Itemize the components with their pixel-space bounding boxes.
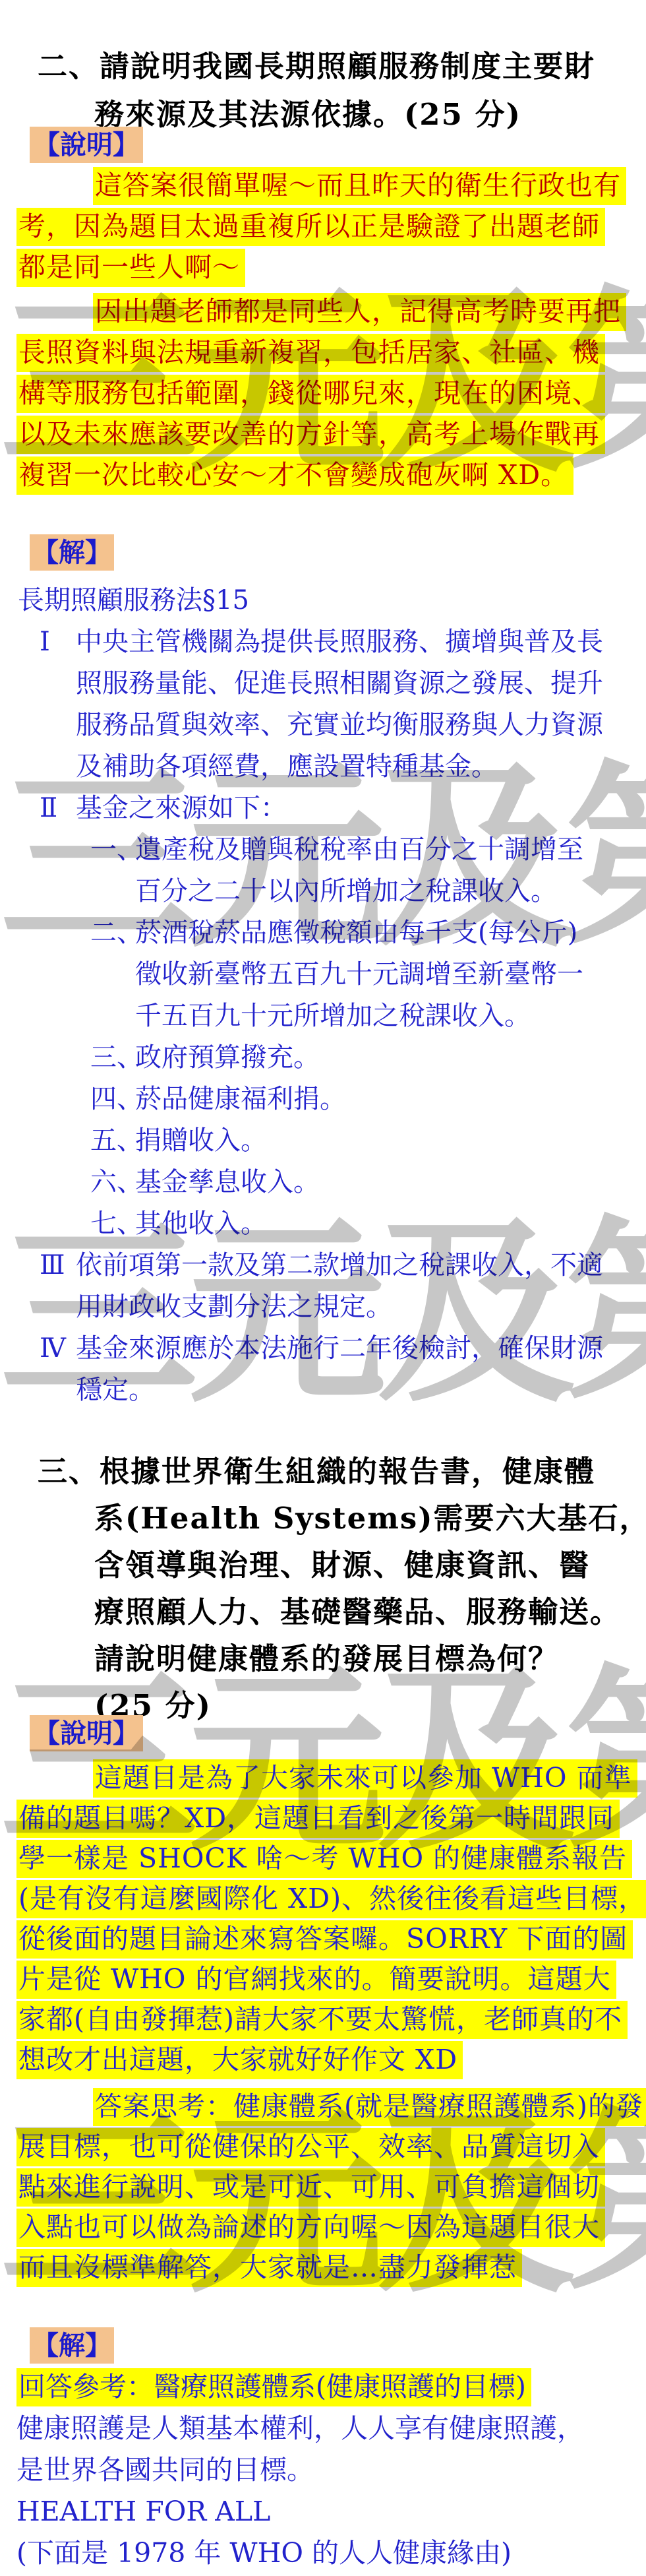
solution-label: 【解】 [30,2327,114,2364]
statute-line: 及補助各項經費，應設置特種基金。 [0,746,646,788]
commentary-line: 因出題老師都是同些人，記得高考時要再把 [16,291,636,332]
question-3-title-line: 請說明健康體系的發展目標為何？ [38,1635,631,1682]
commentary-line: 想改才出這題，大家就好好作文 XD [16,2040,636,2080]
statute-line: 服務品質與效率、充實並均衡服務與人力資源 [0,705,646,746]
statute-line: Ⅲ依前項第一款及第二款增加之稅課收入，不適 [0,1245,646,1286]
commentary-line: 考，因為題目太過重複所以正是驗證了出題老師 [16,206,636,247]
answer-line: 健康照護是人類基本權利，人人享有健康照護， [16,2408,636,2449]
commentary-line: 以及未來應該要改善的方針等，高考上場作戰再 [16,414,636,455]
statute-line: 百分之二十以內所增加之稅課收入。 [0,871,646,912]
statute-list-item: 三、政府預算撥充。 [0,1037,646,1079]
question-2-answer: 長期照顧服務法§15 Ⅰ中央主管機關為提供長照服務、擴增與普及長 照服務量能、促… [0,580,646,1411]
question-2-commentary: 這答案很簡單喔～而且昨天的衛生行政也有 考，因為題目太過重複所以正是驗證了出題老… [16,165,636,495]
statute-list-item: 一、遺產稅及贈與稅稅率由百分之十調增至 [0,829,646,871]
answer-line: HEALTH FOR ALL [16,2491,636,2532]
question-2-title-line: 二、請說明我國長期照顧服務制度主要財 [38,42,631,90]
commentary-line: 複習一次比較心安～才不會變成砲灰啊 XD。 [16,455,636,495]
answer-line: (下面是 1978 年 WHO 的人人健康緣由) [16,2532,636,2574]
statute-line: Ⅰ中央主管機關為提供長照服務、擴增與普及長 [0,621,646,663]
commentary-line: 都是同一些人啊～ [16,247,636,288]
commentary-line: 這答案很簡單喔～而且昨天的衛生行政也有 [16,165,636,206]
commentary-line: 入點也可以做為論述的方向喔～因為這題目很大 [16,2207,636,2247]
statute-line: 用財政收支劃分法之規定。 [0,1286,646,1328]
commentary-line: 而且沒標準解答，大家就是…盡力發揮惹 [16,2247,636,2288]
statute-line: 徵收新臺幣五百九十元調增至新臺幣一 [0,954,646,995]
explanation-label-text: 【說明】 [34,129,139,160]
question-3-title-line: 含領導與治理、財源、健康資訊、醫 [38,1542,631,1588]
commentary-line: 從後面的題目論述來寫答案囉。SORRY 下面的圖 [16,1919,636,1959]
question-3-title-line: 三、根據世界衛生組織的報告書，健康體 [38,1448,631,1495]
statute-list-item: 七、其他收入。 [0,1203,646,1245]
commentary-line: (是有沒有這麼國際化 XD)、然後往後看這些目標， [16,1879,636,1919]
answer-line: 是世界各國共同的目標。 [16,2449,636,2491]
commentary-line: 長照資料與法規重新複習，包括居家、社區、機 [16,332,636,373]
statute-list-item: 四、菸品健康福利捐。 [0,1079,646,1120]
question-3-title-line: 療照顧人力、基礎醫藥品、服務輸送。 [38,1588,631,1635]
statute-line: 照服務量能、促進長照相關資源之發展、提升 [0,663,646,705]
commentary-line: 片是從 WHO 的官網找來的。簡要說明。這題大 [16,1959,636,1999]
question-3-title-line: 系(Health Systems)需要六大基石，包 [38,1495,631,1542]
document-page: 三元及第 三元及第 三元及第 三元及第 三元及第 二、請說明我國長期照顧服務制度… [0,0,646,2576]
commentary-line: 這題目是為了大家未來可以參加 WHO 而準 [16,1758,636,1798]
question-3-answer: 回答參考：醫療照護體系(健康照護的目標) 健康照護是人類基本權利，人人享有健康照… [16,2366,636,2574]
answer-highlight-line: 回答參考：醫療照護體系(健康照護的目標) [16,2366,636,2408]
question-3-title: 三、根據世界衛生組織的報告書，健康體 系(Health Systems)需要六大… [38,1448,631,1729]
statute-list-item: 二、菸酒稅菸品應徵稅額由每千支(每公斤) [0,912,646,954]
commentary-line: 學一樣是 SHOCK 啥～考 WHO 的健康體系報告 [16,1838,636,1879]
statute-list-item: 五、捐贈收入。 [0,1120,646,1162]
solution-label-text: 【解】 [32,2330,111,2361]
commentary-line: 點來進行說明、或是可近、可用、可負擔這個切 [16,2167,636,2207]
commentary-line: 家都(自由發揮惹)請大家不要太驚慌，老師真的不 [16,1999,636,2040]
commentary-line: 展目標，也可從健保的公平、效率、品質這切入 [16,2127,636,2167]
explanation-label: 【說明】 [30,1715,143,1751]
statute-list-item: 六、基金孳息收入。 [0,1162,646,1203]
solution-label: 【解】 [30,534,114,571]
commentary-line: 答案思考：健康體系(就是醫療照護體系)的發 [16,2087,636,2127]
question-2-title: 二、請說明我國長期照顧服務制度主要財 務來源及其法源依據。(25 分) [38,42,631,139]
statute-line: 穩定。 [0,1369,646,1411]
statute-line: 千五百九十元所增加之稅課收入。 [0,995,646,1037]
commentary-line: 備的題目嗎？XD，這題目看到之後第一時間跟同 [16,1798,636,1838]
statute-line: Ⅱ基金之來源如下： [0,788,646,829]
solution-label-text: 【解】 [32,537,111,568]
statute-title: 長期照顧服務法§15 [0,580,646,621]
question-3-commentary: 這題目是為了大家未來可以參加 WHO 而準 備的題目嗎？XD，這題目看到之後第一… [16,1758,636,2288]
commentary-line: 構等服務包括範圍，錢從哪兒來，現在的困境、 [16,373,636,414]
explanation-label: 【說明】 [30,127,143,163]
explanation-label-text: 【說明】 [34,1718,139,1749]
statute-line: Ⅳ基金來源應於本法施行二年後檢討，確保財源 [0,1328,646,1369]
